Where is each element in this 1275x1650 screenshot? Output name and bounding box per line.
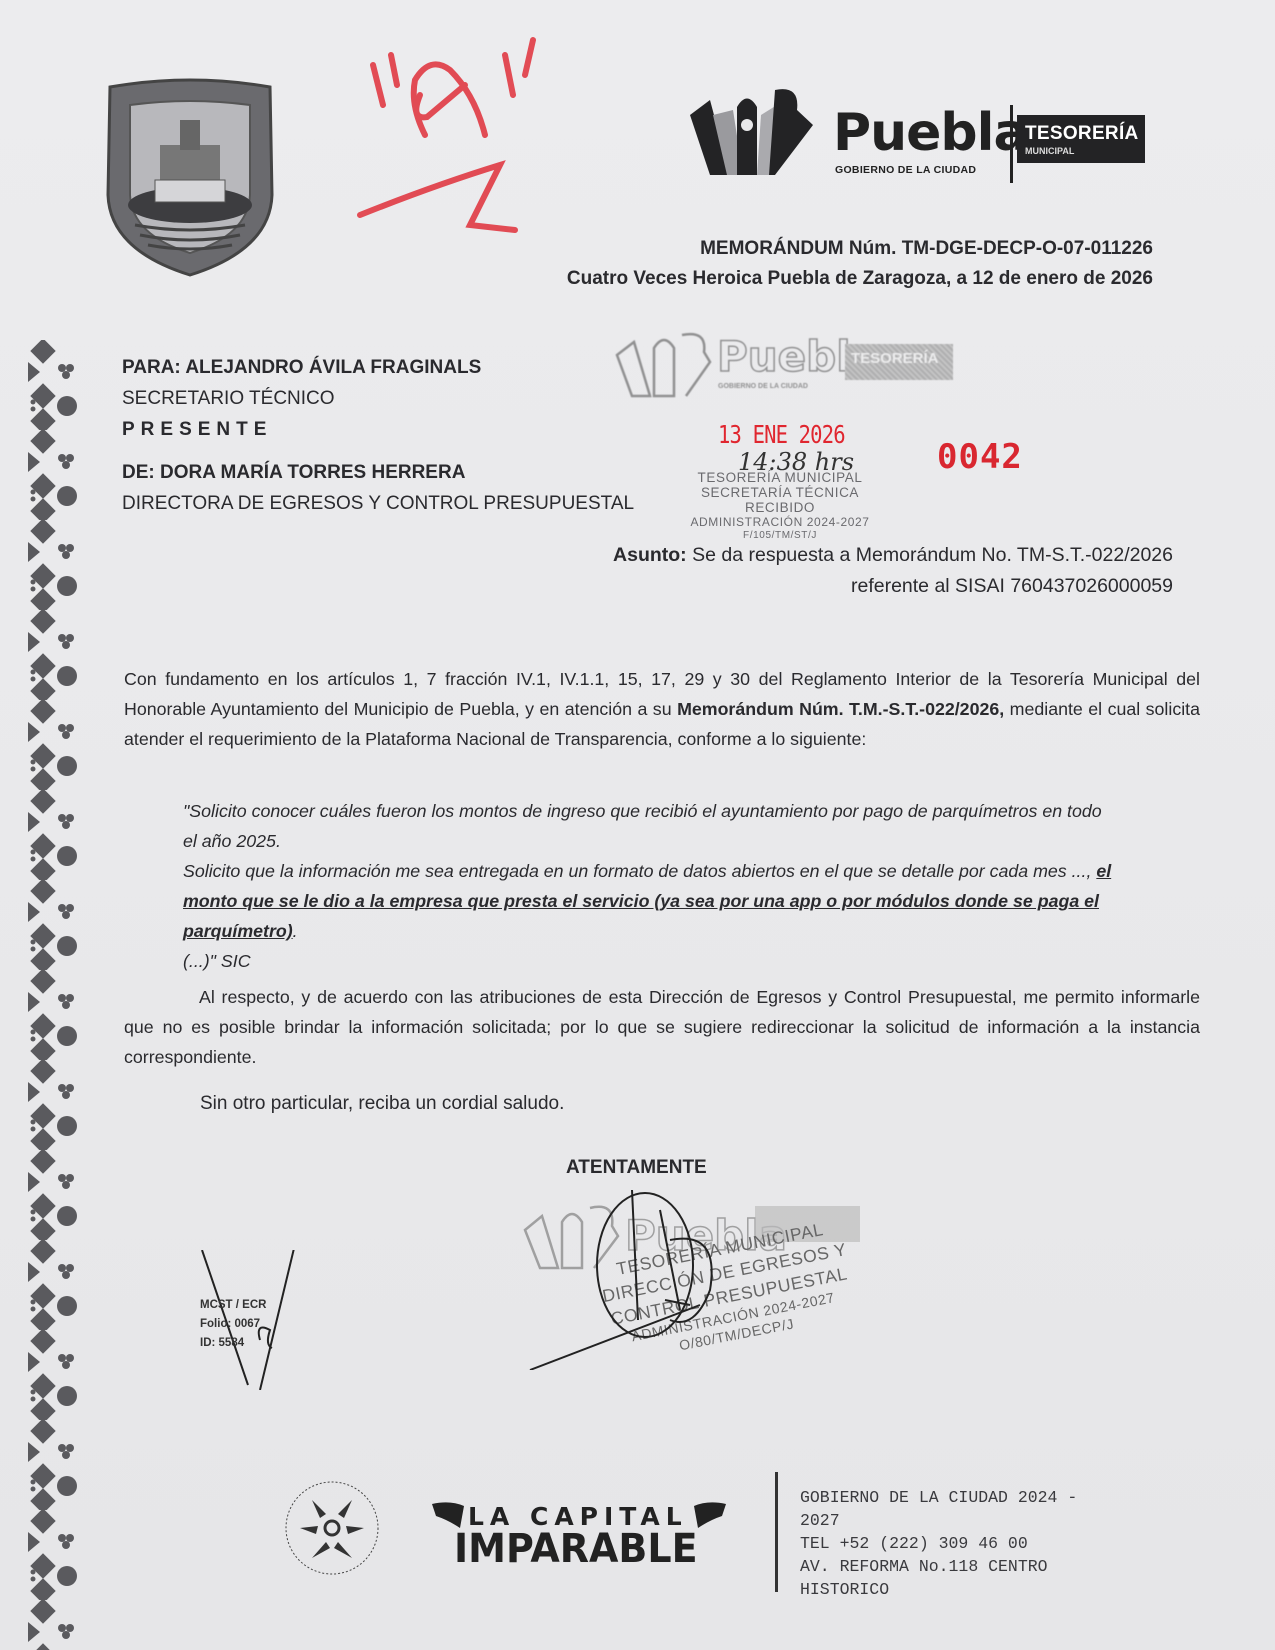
p1-memo-reference: Memorándum Núm. T.M.-S.T.-022/2026,	[677, 699, 1004, 719]
to-title: SECRETARIO TÉCNICO	[122, 383, 634, 414]
stamp-department-box: TESORERÍA	[845, 344, 953, 380]
footer-divider	[775, 1472, 778, 1592]
closing-salutation: Sin otro particular, reciba un cordial s…	[200, 1093, 564, 1115]
initials-line-3: ID: 5584	[200, 1334, 266, 1353]
subject-block: Asunto: Se da respuesta a Memorándum No.…	[613, 540, 1173, 602]
stamp-line-1: TESORERÍA MUNICIPAL	[660, 470, 900, 485]
red-pencil-mark-icon	[355, 25, 565, 255]
memo-number: MEMORÁNDUM Núm. TM-DGE-DECP-O-07-011226	[700, 238, 1153, 260]
initials-line-2: Folio: 0067	[200, 1315, 266, 1334]
reference-initials: MCST / ECR Folio: 0067 ID: 5584	[200, 1296, 266, 1353]
subject-reference: referente al SISAI 760437026000059	[613, 571, 1173, 602]
quote-2-text: Solicito que la información me sea entre…	[183, 861, 1096, 881]
department-badge: TESORERÍA MUNICIPAL	[1017, 115, 1145, 163]
initials-line-1: MCST / ECR	[200, 1296, 266, 1315]
body-paragraph-1: Con fundamento en los artículos 1, 7 fra…	[124, 664, 1200, 754]
talavera-pattern-icon	[28, 340, 90, 1650]
to-line: PARA: ALEJANDRO ÁVILA FRAGINALS	[122, 352, 634, 383]
handwritten-signature	[520, 1170, 780, 1370]
stamp-line-4: ADMINISTRACIÓN 2024-2027	[660, 515, 900, 530]
from-line: DE: DORA MARÍA TORRES HERRERA	[122, 457, 634, 488]
equality-norm-seal-icon	[282, 1478, 382, 1578]
quote-line-3: (...)" SIC	[183, 946, 1113, 976]
subject-text: Se da respuesta a Memorándum No. TM-S.T.…	[687, 544, 1173, 566]
logo-divider	[1010, 105, 1013, 183]
quote-line-1: "Solicito conocer cuáles fueron los mont…	[183, 796, 1113, 856]
received-folio-number: 0042	[937, 437, 1023, 477]
received-stamp-logo: Puebla GOBIERNO DE LA CIUDAD TESORERÍA	[612, 330, 962, 398]
subject-label: Asunto:	[613, 544, 687, 566]
from-title: DIRECTORA DE EGRESOS Y CONTROL PRESUPUES…	[122, 488, 634, 519]
body-paragraph-2: Al respecto, y de acuerdo con las atribu…	[124, 982, 1200, 1072]
received-date: 13 ENE 2026	[718, 420, 845, 449]
presente-label: PRESENTE	[122, 414, 634, 445]
signature-icon	[520, 1170, 780, 1370]
coat-of-arms-icon	[100, 75, 280, 280]
brand-wordmark: Puebla	[833, 103, 1028, 163]
puebla-city-icon	[685, 85, 815, 180]
quote-2-end: .	[293, 921, 298, 941]
quote-line-2: Solicito que la información me sea entre…	[183, 856, 1113, 946]
department-sub: MUNICIPAL	[1025, 146, 1074, 156]
memorandum-page: Puebla GOBIERNO DE LA CIUDAD TESORERÍA M…	[0, 0, 1275, 1650]
department-main: TESORERÍA	[1025, 123, 1139, 145]
quoted-request: "Solicito conocer cuáles fueron los mont…	[183, 796, 1113, 976]
stamp-brand-subtitle: GOBIERNO DE LA CIUDAD	[718, 383, 808, 390]
received-stamp-text: TESORERÍA MUNICIPAL SECRETARÍA TÉCNICA R…	[660, 470, 900, 541]
stamp-line-3: RECIBIDO	[660, 500, 900, 515]
slogan-logo: LA CAPITAL IMPARABLE	[430, 1498, 730, 1578]
stamp-city-icon	[612, 330, 712, 398]
tesoreria-logo: Puebla GOBIERNO DE LA CIUDAD TESORERÍA M…	[685, 85, 1155, 185]
stamp-line-2: SECRETARÍA TÉCNICA	[660, 485, 900, 500]
handwritten-mark	[355, 25, 565, 255]
slogan-line-2: IMPARABLE	[454, 1526, 698, 1572]
footer-contact-info: GOBIERNO DE LA CIUDAD 2024 - 2027 TEL +5…	[800, 1486, 1077, 1601]
brand-subtitle: GOBIERNO DE LA CIUDAD	[835, 164, 976, 176]
decorative-side-border	[28, 340, 90, 1650]
city-crest	[100, 75, 280, 280]
addressee-block: PARA: ALEJANDRO ÁVILA FRAGINALS SECRETAR…	[122, 352, 634, 519]
memo-place-date: Cuatro Veces Heroica Puebla de Zaragoza,…	[567, 268, 1153, 290]
stamp-department: TESORERÍA	[851, 350, 939, 367]
equality-seal	[282, 1478, 382, 1578]
